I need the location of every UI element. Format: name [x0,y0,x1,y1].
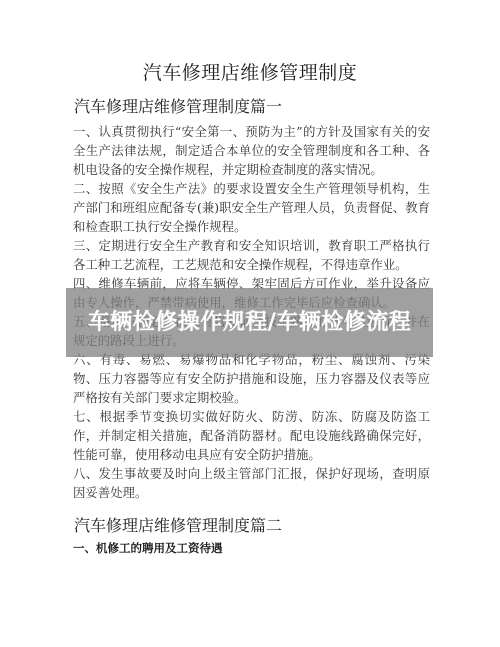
paragraph-6: 六、有毒、易燃、易爆物品和化学物品，粉尘、腐蚀剂、污染物、压力容器等应有安全防护… [73,350,430,407]
overlay-title-text: 车辆检修操作规程/车辆检修流程 [85,310,415,335]
document-title: 汽车修理店维修管理制度 [0,58,500,85]
title-overlay-banner: 车辆检修操作规程/车辆检修流程 [66,288,433,357]
paragraph-8: 八、发生事故要及时向上级主管部门汇报，保护好现场，查明原因妥善处理。 [73,464,430,502]
section-2-subheading: 一、机修工的聘用及工资待遇 [73,540,223,556]
paragraph-2: 二、按照《安全生产法》的要求设置安全生产管理领导机构，生产部门和班组应配备专(兼… [73,179,430,236]
paragraph-3: 三、定期进行安全生产教育和安全知识培训，教育职工严格执行各工种工艺流程，工艺规范… [73,236,430,274]
section-heading-1: 汽车修理店维修管理制度篇一 [74,94,282,117]
paragraph-7: 七、根据季节变换切实做好防火、防涝、防冻、防腐及防盗工作，并制定相关措施，配备消… [73,407,430,464]
section-heading-2: 汽车修理店维修管理制度篇二 [74,513,282,536]
paragraph-1: 一、认真贯彻执行“安全第一、预防为主”的方针及国家有关的安全生产法律法规，制定适… [73,122,430,179]
document-page: 汽车修理店维修管理制度 汽车修理店维修管理制度篇一 一、认真贯彻执行“安全第一、… [0,0,500,647]
